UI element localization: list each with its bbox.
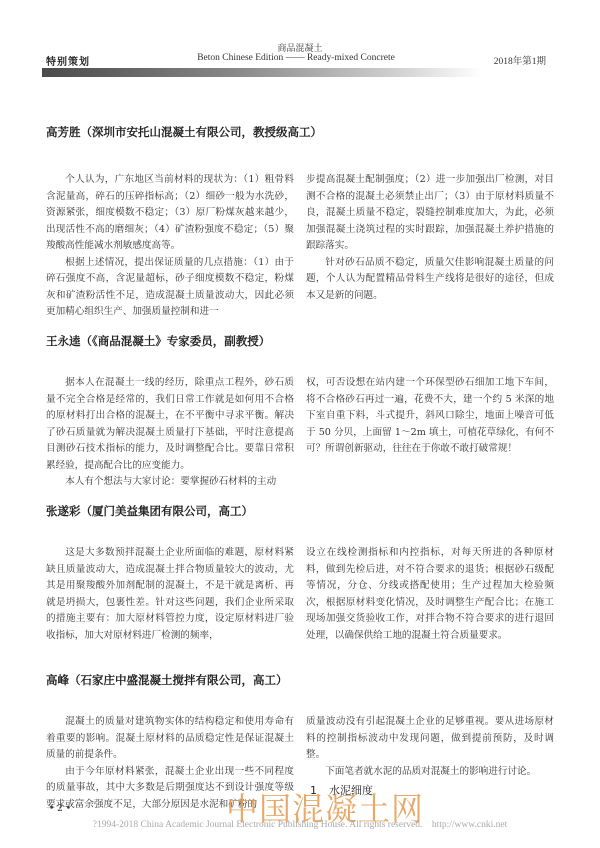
header-gradient-bar <box>42 68 482 77</box>
paragraph: 针对砂石品质不稳定，质量欠佳影响混凝土质量的问题，个人认为配置精品骨料生产线将是… <box>306 255 554 305</box>
paragraph: 设立在线检测指标和内控指标，对每天所进的各种原材料，做到先检后进，对不符合要求的… <box>306 545 554 644</box>
section-4-right-column: 质量波动没有引起混凝土企业的足够重视。要从进场原材料的控制指标波动中发现问题，做… <box>306 714 554 780</box>
section-1-left-column: 个人认为，广东地区当前材料的现状为：（1）粗骨料含泥量高，碎石的压碎指标高；（2… <box>46 172 294 321</box>
paragraph: 混凝土的质量对建筑物实体的结构稳定和使用寿命有着重要的影响。混凝土原材料的品质稳… <box>46 714 294 764</box>
section-2-right-column: 权，可否设想在站内建一个环保型砂石细加工地下车间，将不合格砂石再过一遍，花费不大… <box>306 375 554 458</box>
author-heading: 高芳胜（深圳市安托山混凝土有限公司，教授级高工） <box>46 124 322 140</box>
copyright-footer: ?1994-2018 China Academic Journal Electr… <box>0 820 600 830</box>
paragraph: 据本人在混凝土一线的经历，除重点工程外，砂石质量不完全合格是经常的，我们日常工作… <box>46 375 294 474</box>
paragraph: 个人认为，广东地区当前材料的现状为：（1）粗骨料含泥量高，碎石的压碎指标高；（2… <box>46 172 294 255</box>
author-heading: 高峰（石家庄中盛混凝土搅拌有限公司，高工） <box>46 672 288 688</box>
paragraph: 质量波动没有引起混凝土企业的足够重视。要从进场原材料的控制指标波动中发现问题，做… <box>306 714 554 764</box>
running-header: Beton Chinese Edition —— Ready-mixed Con… <box>46 53 546 67</box>
paragraph: 下面笔者就水泥的品质对混凝土的影响进行讨论。 <box>306 764 554 781</box>
issue-label: 2018年第1期 <box>494 53 546 67</box>
paragraph: 步提高混凝土配制强度；（2）进一步加强出厂检测，对目测不合格的混凝土必须禁止出厂… <box>306 172 554 255</box>
section-3-left-column: 这是大多数预拌混凝土企业所面临的难题，原材料紧缺且质量波动大，造成混凝土拌合物质… <box>46 545 294 644</box>
section-1-right-column: 步提高混凝土配制强度；（2）进一步加强出厂检测，对目测不合格的混凝土必须禁止出厂… <box>306 172 554 304</box>
paragraph: 这是大多数预拌混凝土企业所面临的难题，原材料紧缺且质量波动大，造成混凝土拌合物质… <box>46 545 294 644</box>
author-heading: 王永逵（《商品混凝土》专家委员，副教授） <box>46 333 270 349</box>
column-name: 特别策划 <box>46 53 90 68</box>
section-3-right-column: 设立在线检测指标和内控指标，对每天所进的各种原材料，做到先检后进，对不符合要求的… <box>306 545 554 644</box>
author-heading: 张遂彩（厦门美益集团有限公司，高工） <box>46 503 253 519</box>
paragraph: 本人有个想法与大家讨论：要掌握砂石材料的主动 <box>46 474 294 491</box>
journal-title-en: Beton Chinese Edition —— Ready-mixed Con… <box>46 53 546 63</box>
paragraph: 根据上述情况，提出保证质量的几点措施：（1）由于碎石强度不高，含泥量超标，砂子细… <box>46 255 294 321</box>
page-number: • 2 • <box>49 804 71 814</box>
section-2-left-column: 据本人在混凝土一线的经历，除重点工程外，砂石质量不完全合格是经常的，我们日常工作… <box>46 375 294 491</box>
paragraph: 权，可否设想在站内建一个环保型砂石细加工地下车间，将不合格砂石再过一遍，花费不大… <box>306 375 554 458</box>
